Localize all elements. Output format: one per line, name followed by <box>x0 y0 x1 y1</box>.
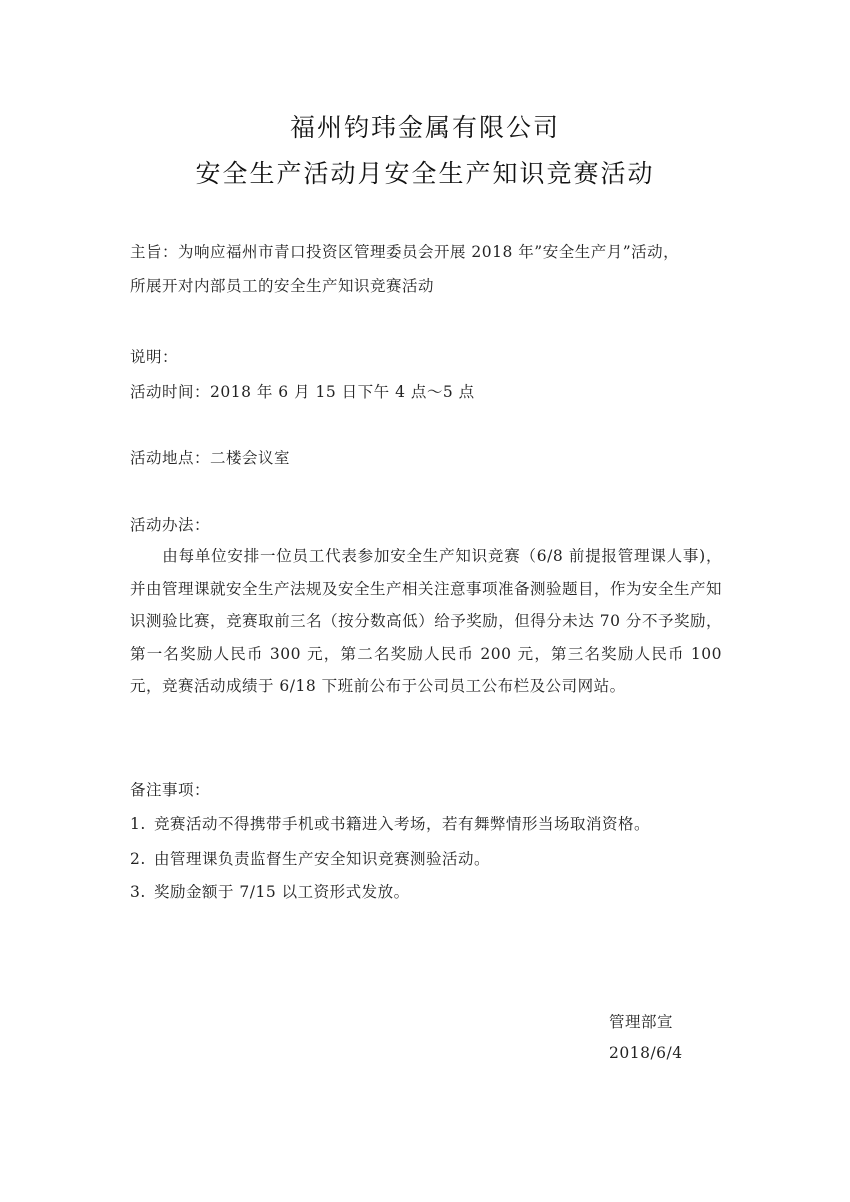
note-item-3: 3.奖励金额于 7/15 以工资形式发放。 <box>130 880 410 902</box>
activity-time: 活动时间：2018 年 6 月 15 日下午 4 点～5 点 <box>130 380 475 402</box>
signature-date: 2018/6/4 <box>609 1044 683 1062</box>
note-text: 由管理课负责监督生产安全知识竞赛测验活动。 <box>154 850 490 868</box>
purpose-line-2: 所展开对内部员工的安全生产知识竞赛活动 <box>130 274 434 296</box>
notes-label: 备注事项： <box>130 778 210 800</box>
note-text: 竞赛活动不得携带手机或书籍进入考场，若有舞弊情形当场取消资格。 <box>154 815 650 833</box>
purpose-line-1: 主旨：为响应福州市青口投资区管理委员会开展 2018 年”安全生产月”活动， <box>130 240 679 262</box>
note-number: 2. <box>130 850 154 868</box>
explanation-label: 说明： <box>130 345 178 367</box>
activity-method-text: 由每单位安排一位员工代表参加安全生产知识竞赛（6/8 前提报管理课人事)，并由管… <box>130 540 722 703</box>
note-text: 奖励金额于 7/15 以工资形式发放。 <box>154 883 410 901</box>
activity-method-body: 由每单位安排一位员工代表参加安全生产知识竞赛（6/8 前提报管理课人事)，并由管… <box>130 547 722 695</box>
company-name: 福州钧玮金属有限公司 <box>0 108 850 144</box>
document-page: 福州钧玮金属有限公司 安全生产活动月安全生产知识竞赛活动 主旨：为响应福州市青口… <box>0 0 850 1202</box>
note-number: 3. <box>130 883 154 901</box>
note-item-2: 2.由管理课负责监督生产安全知识竞赛测验活动。 <box>130 847 490 869</box>
activity-location: 活动地点：二楼会议室 <box>130 446 290 468</box>
note-number: 1. <box>130 815 154 833</box>
note-item-1: 1.竞赛活动不得携带手机或书籍进入考场，若有舞弊情形当场取消资格。 <box>130 812 650 834</box>
document-title: 安全生产活动月安全生产知识竞赛活动 <box>0 154 850 190</box>
activity-method-label: 活动办法： <box>130 513 210 535</box>
signature-department: 管理部宣 <box>609 1010 673 1032</box>
